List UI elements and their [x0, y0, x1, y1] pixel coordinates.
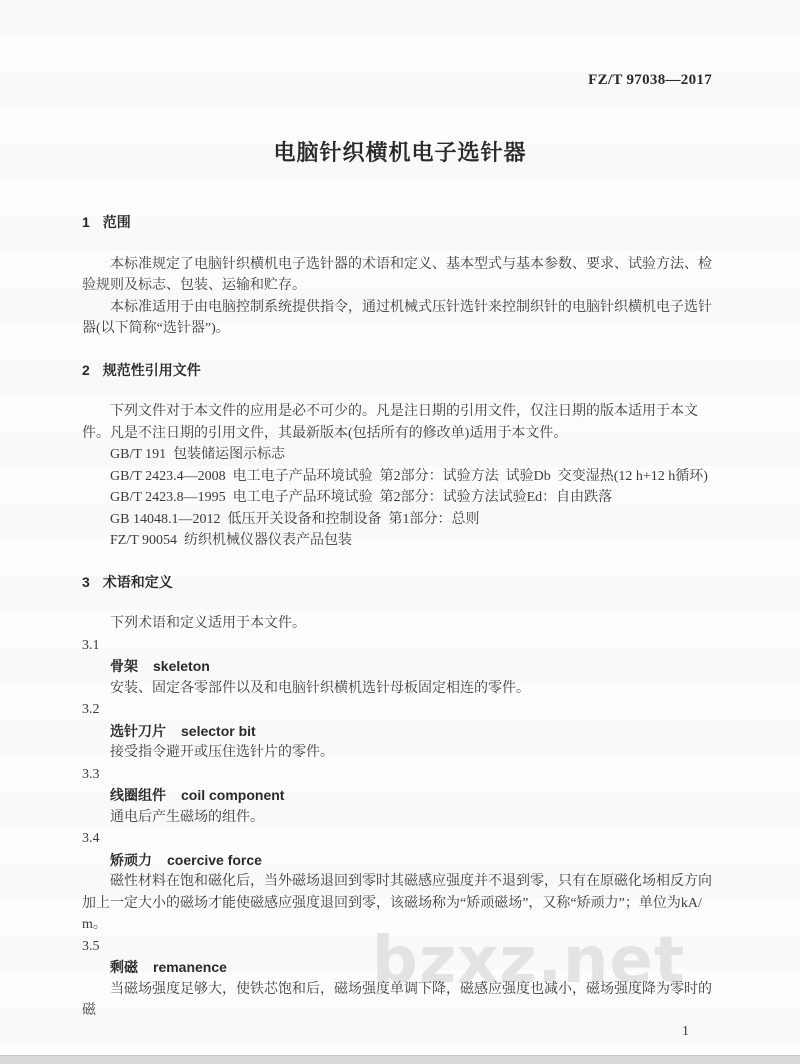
term-name-cn: 骨架: [110, 658, 138, 674]
term-name-cn: 矫顽力: [110, 852, 152, 868]
reference-entry: GB 14048.1—2012 低压开关设备和控制设备 第1部分：总则: [82, 509, 718, 531]
term-heading: 选针刀片selector bit: [82, 721, 718, 743]
term-name-cn: 选针刀片: [110, 723, 166, 739]
term-heading: 线圈组件coil component: [82, 785, 718, 807]
term-name-en: skeleton: [153, 658, 210, 674]
term-number: 3.1: [82, 635, 718, 657]
clause-title: 规范性引用文件: [103, 362, 201, 378]
doc-code: FZ/T 97038—2017: [588, 72, 712, 89]
term-name-en: coercive force: [167, 852, 262, 868]
term-number: 3.4: [82, 828, 718, 850]
reference-entry: GB/T 191 包装储运图示标志: [82, 444, 718, 466]
paragraph: 本标准规定了电脑针织横机电子选针器的术语和定义、基本型式与基本参数、要求、试验方…: [82, 254, 718, 297]
paragraph: 下列术语和定义适用于本文件。: [82, 613, 718, 635]
clause-title: 术语和定义: [103, 574, 173, 590]
term-definition: 接受指令避开或压住选针片的零件。: [82, 742, 718, 764]
term-definition: 安装、固定各零部件以及和电脑针织横机选针母板固定相连的零件。: [82, 678, 718, 700]
term-heading: 骨架skeleton: [82, 656, 718, 678]
term-name-en: remanence: [153, 959, 227, 975]
term-name-cn: 剩磁: [110, 959, 138, 975]
term-name-en: selector bit: [181, 723, 256, 739]
reference-entry: GB/T 2423.4—2008 电工电子产品环境试验 第2部分：试验方法 试验…: [82, 466, 718, 488]
document-body: 1范围本标准规定了电脑针织横机电子选针器的术语和定义、基本型式与基本参数、要求、…: [82, 196, 718, 1022]
clause-heading: 1范围: [82, 212, 718, 234]
scan-footer-bar: [0, 1055, 800, 1064]
term-heading: 剩磁remanence: [82, 957, 718, 979]
term-number: 3.2: [82, 699, 718, 721]
clause-heading: 3术语和定义: [82, 572, 718, 594]
paragraph: 下列文件对于本文件的应用是必不可少的。凡是注日期的引用文件，仅注日期的版本适用于…: [82, 401, 718, 444]
term-number: 3.3: [82, 764, 718, 786]
term-definition: 通电后产生磁场的组件。: [82, 807, 718, 829]
reference-entry: FZ/T 90054 纺织机械仪器仪表产品包装: [82, 530, 718, 552]
clause-number: 1: [82, 214, 90, 230]
term-definition: 磁性材料在饱和磁化后，当外磁场退回到零时其磁感应强度并不退到零，只有在原磁化场相…: [82, 871, 718, 936]
page-number: 1: [682, 1024, 689, 1040]
clause-title: 范围: [103, 214, 131, 230]
term-number: 3.5: [82, 936, 718, 958]
paragraph: 本标准适用于由电脑控制系统提供指令，通过机械式压针选针来控制织针的电脑针织横机电…: [82, 297, 718, 340]
term-definition: 当磁场强度足够大，使铁芯饱和后，磁场强度单调下降，磁感应强度也减小，磁场强度降为…: [82, 979, 718, 1022]
term-name-en: coil component: [181, 787, 284, 803]
clause-number: 3: [82, 574, 90, 590]
clause-heading: 2规范性引用文件: [82, 360, 718, 382]
clause-number: 2: [82, 362, 90, 378]
reference-entry: GB/T 2423.8—1995 电工电子产品环境试验 第2部分：试验方法试验E…: [82, 487, 718, 509]
term-name-cn: 线圈组件: [110, 787, 166, 803]
document-page: FZ/T 97038—2017 电脑针织横机电子选针器 bzxz.net 1范围…: [0, 0, 800, 1064]
term-heading: 矫顽力coercive force: [82, 850, 718, 872]
page-title: 电脑针织横机电子选针器: [0, 136, 800, 167]
